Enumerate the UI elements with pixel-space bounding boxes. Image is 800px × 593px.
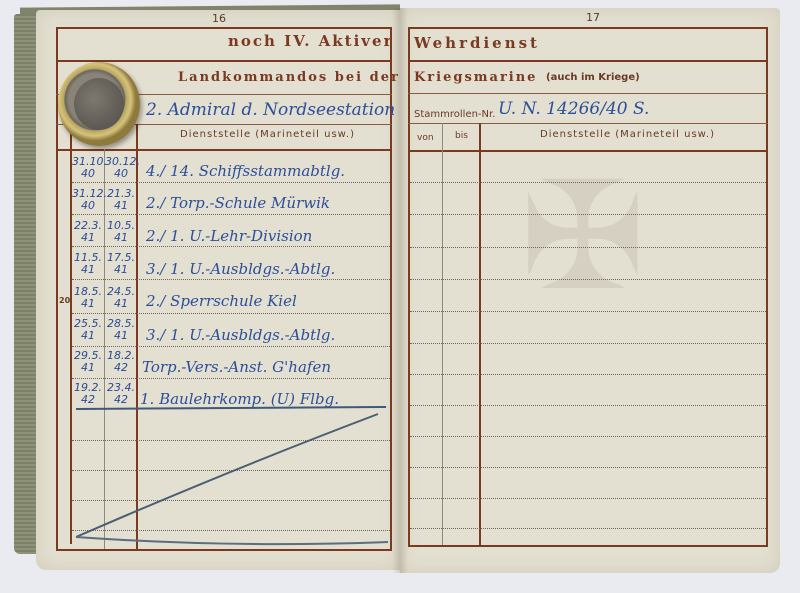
row-line	[410, 182, 766, 183]
row-line	[410, 214, 766, 215]
stammrollen-number: U. N. 14266/40 S.	[498, 99, 649, 119]
col-header-dienststelle: Dienststelle (Marineteil usw.)	[540, 129, 715, 140]
divider	[408, 150, 768, 152]
stammrollen-label: Stammrollen-Nr.	[414, 109, 495, 120]
column-divider	[442, 123, 443, 545]
row-line	[410, 374, 766, 375]
coin-center	[74, 78, 124, 130]
divider	[408, 93, 768, 94]
row-line	[410, 528, 766, 529]
col-header-von: von	[417, 133, 434, 143]
right-page-number: 17	[586, 11, 600, 24]
book-gutter	[392, 8, 408, 573]
row-line	[410, 311, 766, 312]
row-line	[410, 343, 766, 344]
right-header-suffix: (auch im Kriege)	[546, 72, 640, 83]
column-divider	[479, 123, 481, 547]
row-line	[410, 498, 766, 499]
right-header-line2: Kriegsmarine	[414, 70, 537, 85]
row-line	[410, 405, 766, 406]
right-header-line1: Wehrdienst	[414, 34, 540, 52]
row-line	[410, 436, 766, 437]
divider	[408, 60, 768, 62]
row-line	[410, 279, 766, 280]
col-header-bis: bis	[455, 131, 468, 141]
divider	[408, 123, 768, 124]
row-line	[410, 467, 766, 468]
row-line	[410, 247, 766, 248]
euro-coin	[58, 62, 140, 146]
